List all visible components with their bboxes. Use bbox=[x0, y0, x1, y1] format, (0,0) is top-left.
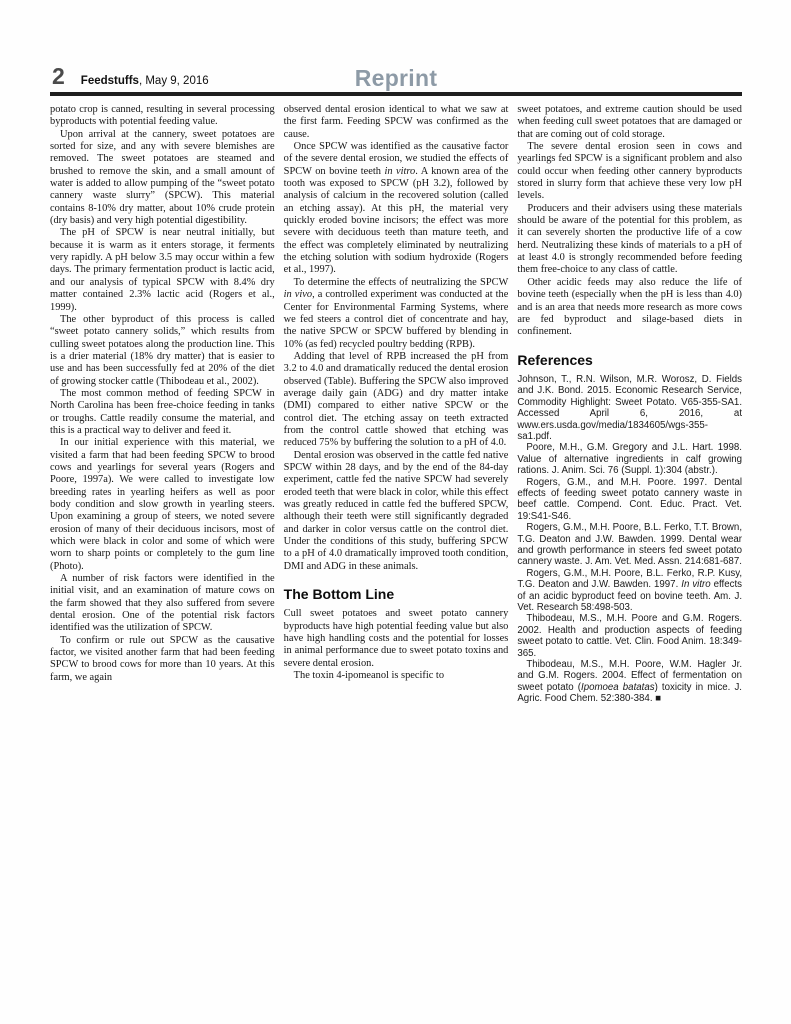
paragraph: Cull sweet potatoes and sweet potato can… bbox=[284, 608, 509, 670]
magazine-page: 2 Feedstuffs, May 9, 2016 Reprint potato… bbox=[0, 0, 791, 1024]
paragraph: Once SPCW was identified as the causativ… bbox=[284, 141, 509, 277]
reference-item: Rogers, G.M., and M.H. Poore. 1997. Dent… bbox=[517, 477, 742, 523]
paragraph: Other acidic feeds may also reduce the l… bbox=[517, 277, 742, 339]
paragraph: sweet potatoes, and extreme caution shou… bbox=[517, 104, 742, 141]
reference-item: Thibodeau, M.S., M.H. Poore and G.M. Rog… bbox=[517, 613, 742, 659]
reference-item: Rogers, G.M., M.H. Poore, B.L. Ferko, R.… bbox=[517, 568, 742, 614]
paragraph: In our initial experience with this mate… bbox=[50, 437, 275, 573]
column-1: potato crop is canned, resulting in seve… bbox=[50, 104, 275, 705]
paragraph: The other byproduct of this process is c… bbox=[50, 314, 275, 388]
page-header: 2 Feedstuffs, May 9, 2016 Reprint bbox=[50, 56, 742, 88]
paragraph: Upon arrival at the cannery, sweet potat… bbox=[50, 129, 275, 228]
paragraph: To determine the effects of neutralizing… bbox=[284, 277, 509, 351]
column-3: sweet potatoes, and extreme caution shou… bbox=[517, 104, 742, 705]
paragraph: A number of risk factors were identified… bbox=[50, 573, 275, 635]
column-2: observed dental erosion identical to wha… bbox=[284, 104, 509, 705]
paragraph: Producers and their advisers using these… bbox=[517, 203, 742, 277]
paragraph: The most common method of feeding SPCW i… bbox=[50, 388, 275, 437]
reference-item: Thibodeau, M.S., M.H. Poore, W.M. Hagler… bbox=[517, 659, 742, 705]
section-heading: References bbox=[517, 353, 742, 368]
paragraph: potato crop is canned, resulting in seve… bbox=[50, 104, 275, 129]
reference-item: Poore, M.H., G.M. Gregory and J.L. Hart.… bbox=[517, 442, 742, 476]
reprint-banner: Reprint bbox=[50, 67, 742, 90]
paragraph: To confirm or rule out SPCW as the causa… bbox=[50, 635, 275, 684]
reference-item: Rogers, G.M., M.H. Poore, B.L. Ferko, T.… bbox=[517, 522, 742, 568]
paragraph: The toxin 4-ipomeanol is specific to bbox=[284, 670, 509, 682]
paragraph: The severe dental erosion seen in cows a… bbox=[517, 141, 742, 203]
reference-item: Johnson, T., R.N. Wilson, M.R. Worosz, D… bbox=[517, 374, 742, 442]
paragraph: Adding that level of RPB increased the p… bbox=[284, 351, 509, 450]
paragraph: observed dental erosion identical to wha… bbox=[284, 104, 509, 141]
section-heading: The Bottom Line bbox=[284, 587, 509, 602]
header-rule bbox=[50, 92, 742, 96]
paragraph: The pH of SPCW is near neutral initially… bbox=[50, 227, 275, 313]
paragraph: Dental erosion was observed in the cattl… bbox=[284, 450, 509, 573]
article-body: potato crop is canned, resulting in seve… bbox=[50, 104, 742, 705]
